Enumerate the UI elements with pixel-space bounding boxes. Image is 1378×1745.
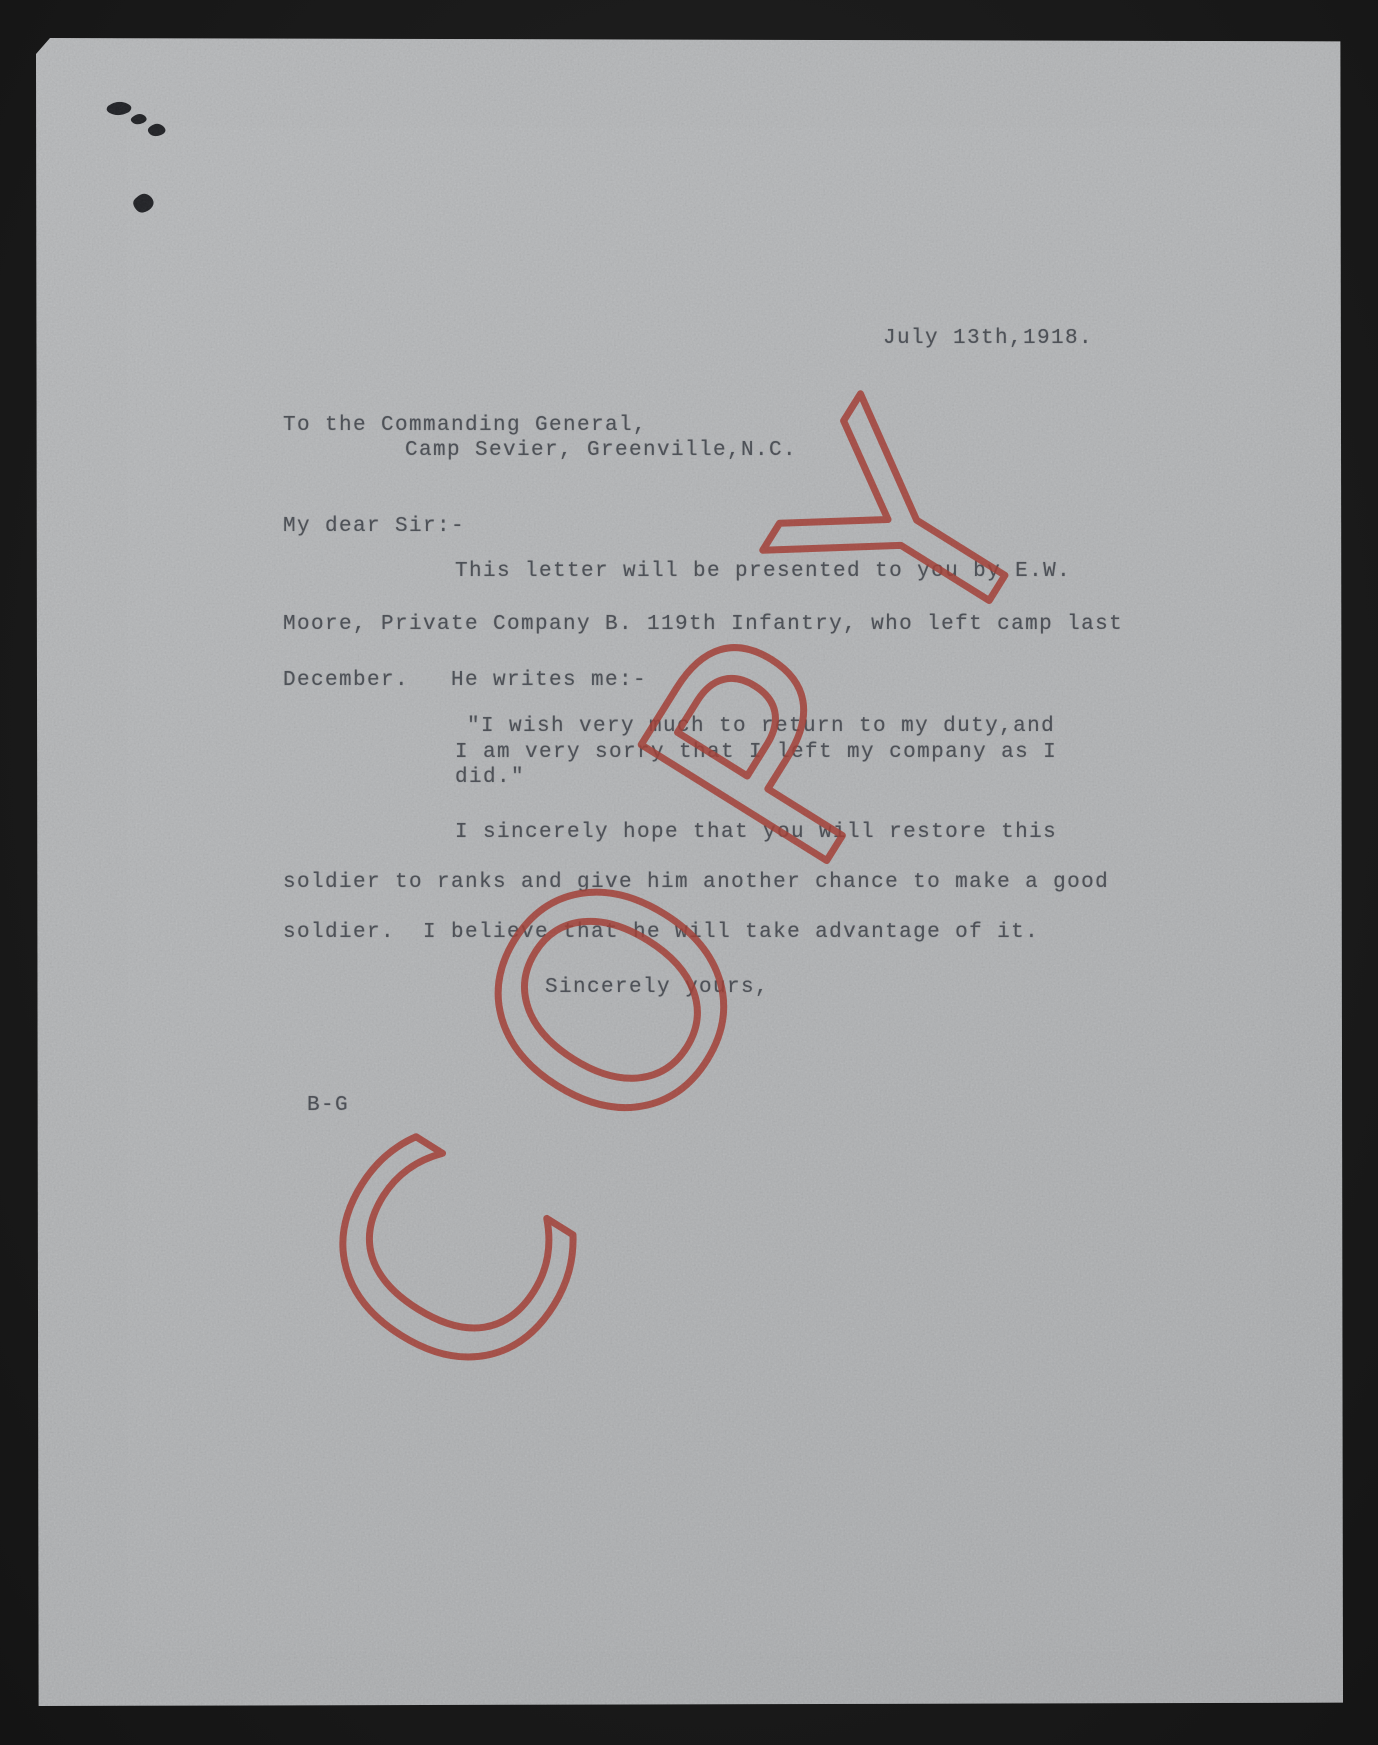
scanned-letter-page: July 13th,1918. To the Commanding Genera… xyxy=(0,0,1378,1745)
reference-initials: B-G xyxy=(307,1094,349,1117)
recipient-line-1: To the Commanding General, xyxy=(283,414,647,437)
ink-blot xyxy=(148,124,166,136)
paragraph2-line-1: I sincerely hope that you will restore t… xyxy=(455,821,1057,844)
ink-blot xyxy=(107,102,132,115)
quote-line-1: "I wish very much to return to my duty,a… xyxy=(467,715,1055,738)
paragraph2-line-2: soldier to ranks and give him another ch… xyxy=(283,871,1109,894)
ink-blot-cluster xyxy=(94,90,234,250)
ink-blot xyxy=(131,114,147,124)
quote-line-3: did." xyxy=(455,766,525,789)
paragraph1-line-2: Moore, Private Company B. 119th Infantry… xyxy=(283,613,1123,636)
quote-line-2: I am very sorry that I left my company a… xyxy=(455,741,1057,764)
ink-blot xyxy=(133,194,153,213)
date-line: July 13th,1918. xyxy=(883,327,1093,350)
closing-line: Sincerely yours, xyxy=(545,976,769,999)
recipient-line-2: Camp Sevier, Greenville,N.C. xyxy=(405,439,797,462)
paragraph1-line-1: This letter will be presented to you by … xyxy=(455,560,1071,583)
copy-stamp-text: COPY xyxy=(249,291,1151,1445)
salutation-line: My dear Sir:- xyxy=(283,515,465,538)
paragraph2-line-3: soldier. I believe that he will take adv… xyxy=(283,921,1039,944)
paragraph1-line-3: December. He writes me:- xyxy=(283,669,647,692)
paper-sheet: July 13th,1918. To the Commanding Genera… xyxy=(36,38,1343,1706)
